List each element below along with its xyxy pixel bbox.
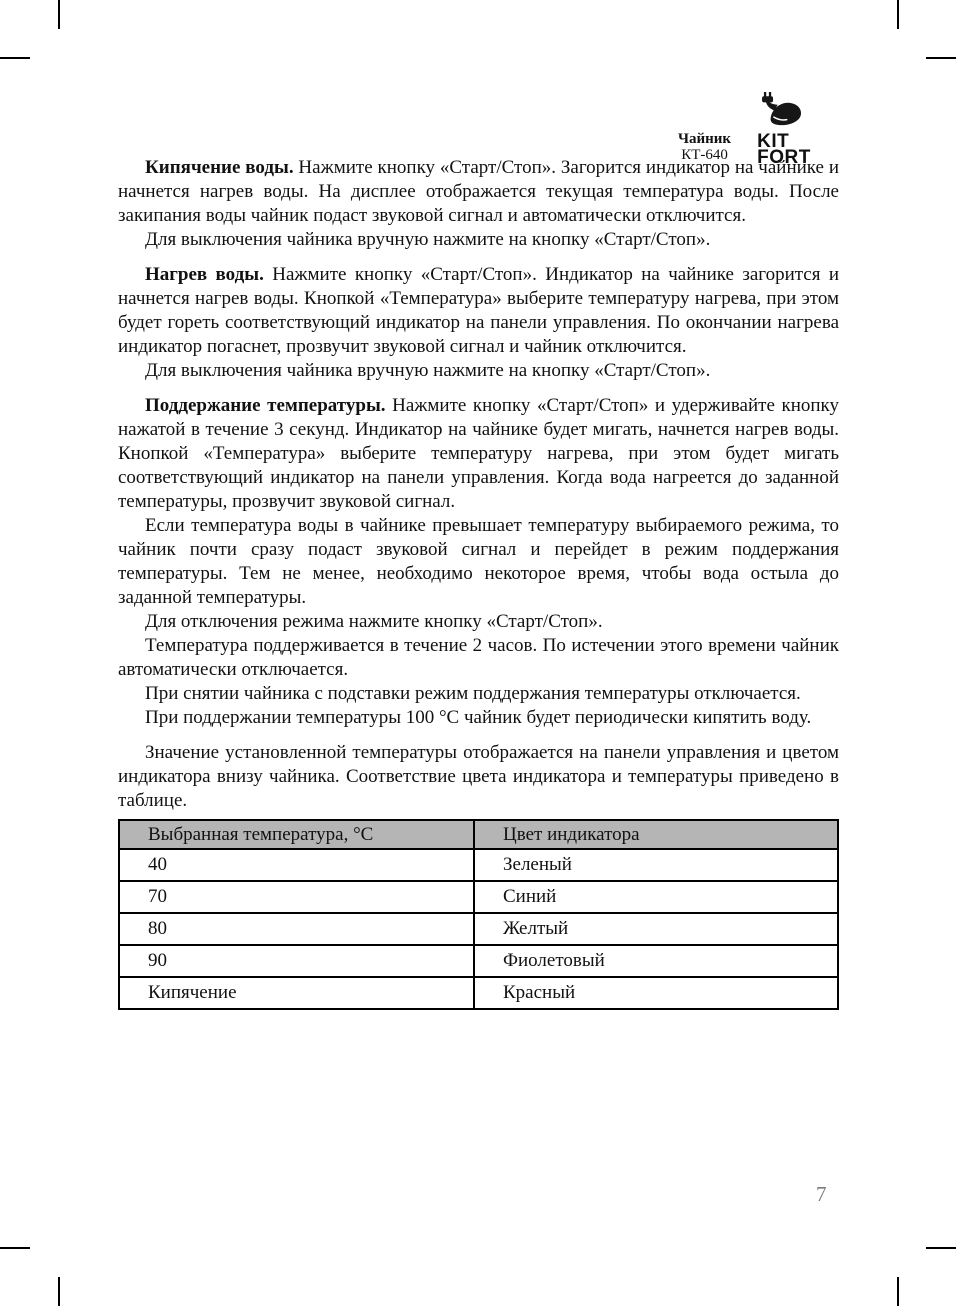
cell-temperature: 70 [119,881,474,913]
crop-mark-bottom-right-horizontal [926,1247,956,1249]
cell-color: Красный [474,977,838,1009]
crop-mark-top-left-vertical [58,0,60,29]
cell-temperature: Кипячение [119,977,474,1009]
product-name: Чайник [678,131,731,147]
paragraph-keepwarm-100c: При поддержании температуры 100 °С чайни… [118,706,839,730]
paragraph-keepwarm-base: При снятии чайника с подставки режим под… [118,682,839,706]
table-row: 70 Синий [119,881,838,913]
page-header: Чайник КТ-640 KIT FORT [678,92,811,166]
column-header-temperature: Выбранная температура, °С [119,820,474,849]
cell-color: Желтый [474,913,838,945]
paragraph-indicator-colors: Значение установленной температуры отобр… [118,741,839,813]
crop-mark-top-right-vertical [897,0,899,29]
paragraph-keepwarm: Поддержание температуры. Нажмите кнопку … [118,394,839,514]
crop-mark-top-left-horizontal [0,57,30,59]
kitfort-logo: KIT FORT [757,92,811,166]
paragraph-heating-note: Для выключения чайника вручную нажмите н… [118,359,839,383]
section-title-heating: Нагрев воды. [145,264,264,285]
cell-color: Фиолетовый [474,945,838,977]
cell-temperature: 90 [119,945,474,977]
table-row: Кипячение Красный [119,977,838,1009]
temperature-color-table: Выбранная температура, °С Цвет индикатор… [118,819,839,1010]
whale-plug-icon [757,92,803,134]
paragraph-keepwarm-exceed: Если температура воды в чайнике превышае… [118,514,839,610]
table-header-row: Выбранная температура, °С Цвет индикатор… [119,820,838,849]
section-title-boiling: Кипячение воды. [145,157,294,178]
cell-color: Зеленый [474,849,838,881]
manual-page: Чайник КТ-640 KIT FORT [0,0,956,1307]
column-header-color: Цвет индикатора [474,820,838,849]
crop-mark-bottom-left-horizontal [0,1247,30,1249]
page-number: 7 [816,1182,827,1207]
paragraph-keepwarm-off: Для отключения режима нажмите кнопку «Ст… [118,610,839,634]
section-title-keepwarm: Поддержание температуры. [145,395,386,416]
paragraph-heating: Нагрев воды. Нажмите кнопку «Старт/Стоп»… [118,263,839,359]
crop-mark-bottom-right-vertical [897,1277,899,1306]
cell-temperature: 40 [119,849,474,881]
crop-mark-bottom-left-vertical [58,1277,60,1306]
paragraph-keepwarm-duration: Температура поддерживается в течение 2 ч… [118,634,839,682]
cell-temperature: 80 [119,913,474,945]
page-content: Кипячение воды. Нажмите кнопку «Старт/Ст… [118,156,839,813]
table-row: 40 Зеленый [119,849,838,881]
paragraph-boiling: Кипячение воды. Нажмите кнопку «Старт/Ст… [118,156,839,228]
paragraph-boiling-note: Для выключения чайника вручную нажмите н… [118,228,839,252]
cell-color: Синий [474,881,838,913]
crop-mark-top-right-horizontal [926,57,956,59]
table-row: 90 Фиолетовый [119,945,838,977]
table-row: 80 Желтый [119,913,838,945]
